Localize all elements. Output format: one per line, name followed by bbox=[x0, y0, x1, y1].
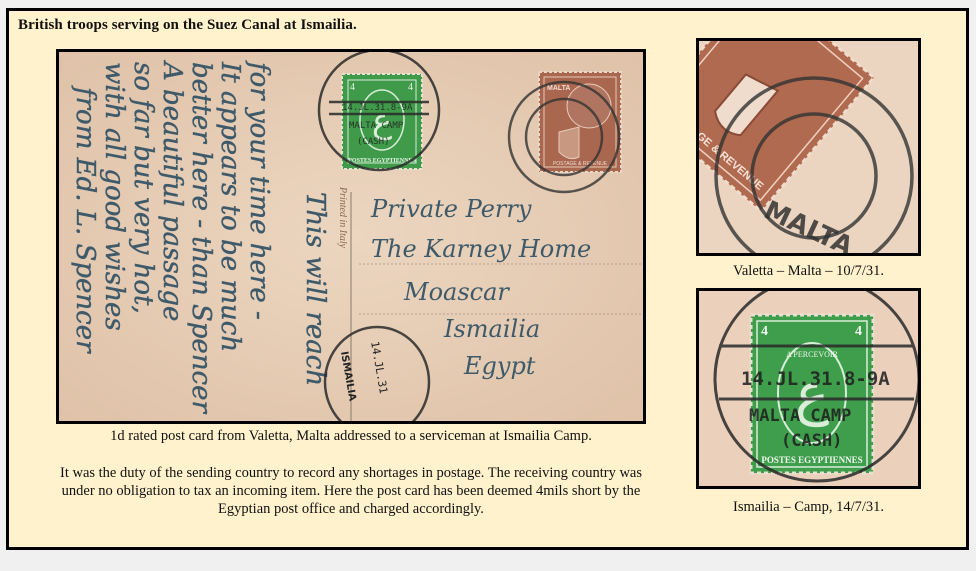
malta-stamp-detail-image: POSTAGE & REVENUE MALTA bbox=[696, 38, 921, 256]
svg-text:so far but very hot,: so far but very hot, bbox=[128, 62, 158, 314]
egypt-detail-caption: Ismailia – Camp, 14/7/31. bbox=[696, 498, 921, 516]
handwriting-line: from Ed. L. Spencer bbox=[70, 85, 100, 354]
svg-text:POSTES EGYPTIENNES: POSTES EGYPTIENNES bbox=[761, 455, 862, 465]
svg-text:4: 4 bbox=[761, 324, 768, 339]
svg-text:POSTAGE & REVENUE: POSTAGE & REVENUE bbox=[553, 161, 608, 167]
svg-text:Egypt: Egypt bbox=[463, 352, 536, 380]
svg-text:MALTA: MALTA bbox=[547, 85, 570, 92]
svg-text:The Karney Home: The Karney Home bbox=[371, 235, 591, 263]
description-text: It was the duty of the sending country t… bbox=[49, 464, 653, 518]
postcard-caption: 1d rated post card from Valetta, Malta a… bbox=[49, 427, 653, 445]
malta-detail-illustration: POSTAGE & REVENUE MALTA bbox=[699, 41, 918, 253]
svg-text:4: 4 bbox=[408, 82, 413, 93]
svg-text:with all good wishes: with all good wishes bbox=[99, 62, 129, 331]
svg-text:A beautiful passage: A beautiful passage bbox=[157, 60, 187, 321]
printed-in-italy-text: Printed in Italy bbox=[337, 186, 348, 249]
svg-text:better here - than Spencer: better here - than Spencer bbox=[186, 62, 216, 415]
postcard-image: from Ed. L. Spencer with all good wishes… bbox=[56, 49, 646, 424]
svg-text:14.JL.31.8-9A: 14.JL.31.8-9A bbox=[342, 103, 413, 113]
svg-text:It appears to be much: It appears to be much bbox=[215, 61, 245, 352]
svg-text:A PERCEVOIR: A PERCEVOIR bbox=[786, 350, 838, 359]
svg-text:(CASH): (CASH) bbox=[357, 137, 390, 147]
svg-text:(CASH): (CASH) bbox=[781, 431, 842, 451]
exhibit-panel: British troops serving on the Suez Canal… bbox=[6, 8, 969, 550]
svg-text:for your time here -: for your time here - bbox=[244, 60, 274, 320]
svg-text:4: 4 bbox=[350, 82, 355, 93]
malta-detail-caption: Valetta – Malta – 10/7/31. bbox=[696, 262, 921, 280]
postcard-illustration: from Ed. L. Spencer with all good wishes… bbox=[59, 52, 643, 421]
svg-text:MALTA CAMP: MALTA CAMP bbox=[349, 121, 404, 131]
page-title: British troops serving on the Suez Canal… bbox=[18, 17, 357, 34]
egypt-detail-illustration: ع 4 4 A PERCEVOIR POSTES EGYPTIENNES 14.… bbox=[699, 291, 918, 486]
svg-text:Moascar: Moascar bbox=[403, 278, 510, 306]
svg-text:MALTA CAMP: MALTA CAMP bbox=[749, 406, 851, 426]
svg-text:4: 4 bbox=[855, 324, 862, 339]
svg-text:This will reach: This will reach bbox=[300, 192, 330, 386]
egypt-due-stamp-detail-image: ع 4 4 A PERCEVOIR POSTES EGYPTIENNES 14.… bbox=[696, 288, 921, 489]
svg-text:14.JL.31.8-9A: 14.JL.31.8-9A bbox=[741, 368, 890, 390]
svg-text:Private Perry: Private Perry bbox=[370, 195, 532, 223]
malta-stamp: MALTA POSTAGE & REVENUE bbox=[539, 72, 621, 172]
svg-text:Ismailia: Ismailia bbox=[443, 315, 540, 343]
